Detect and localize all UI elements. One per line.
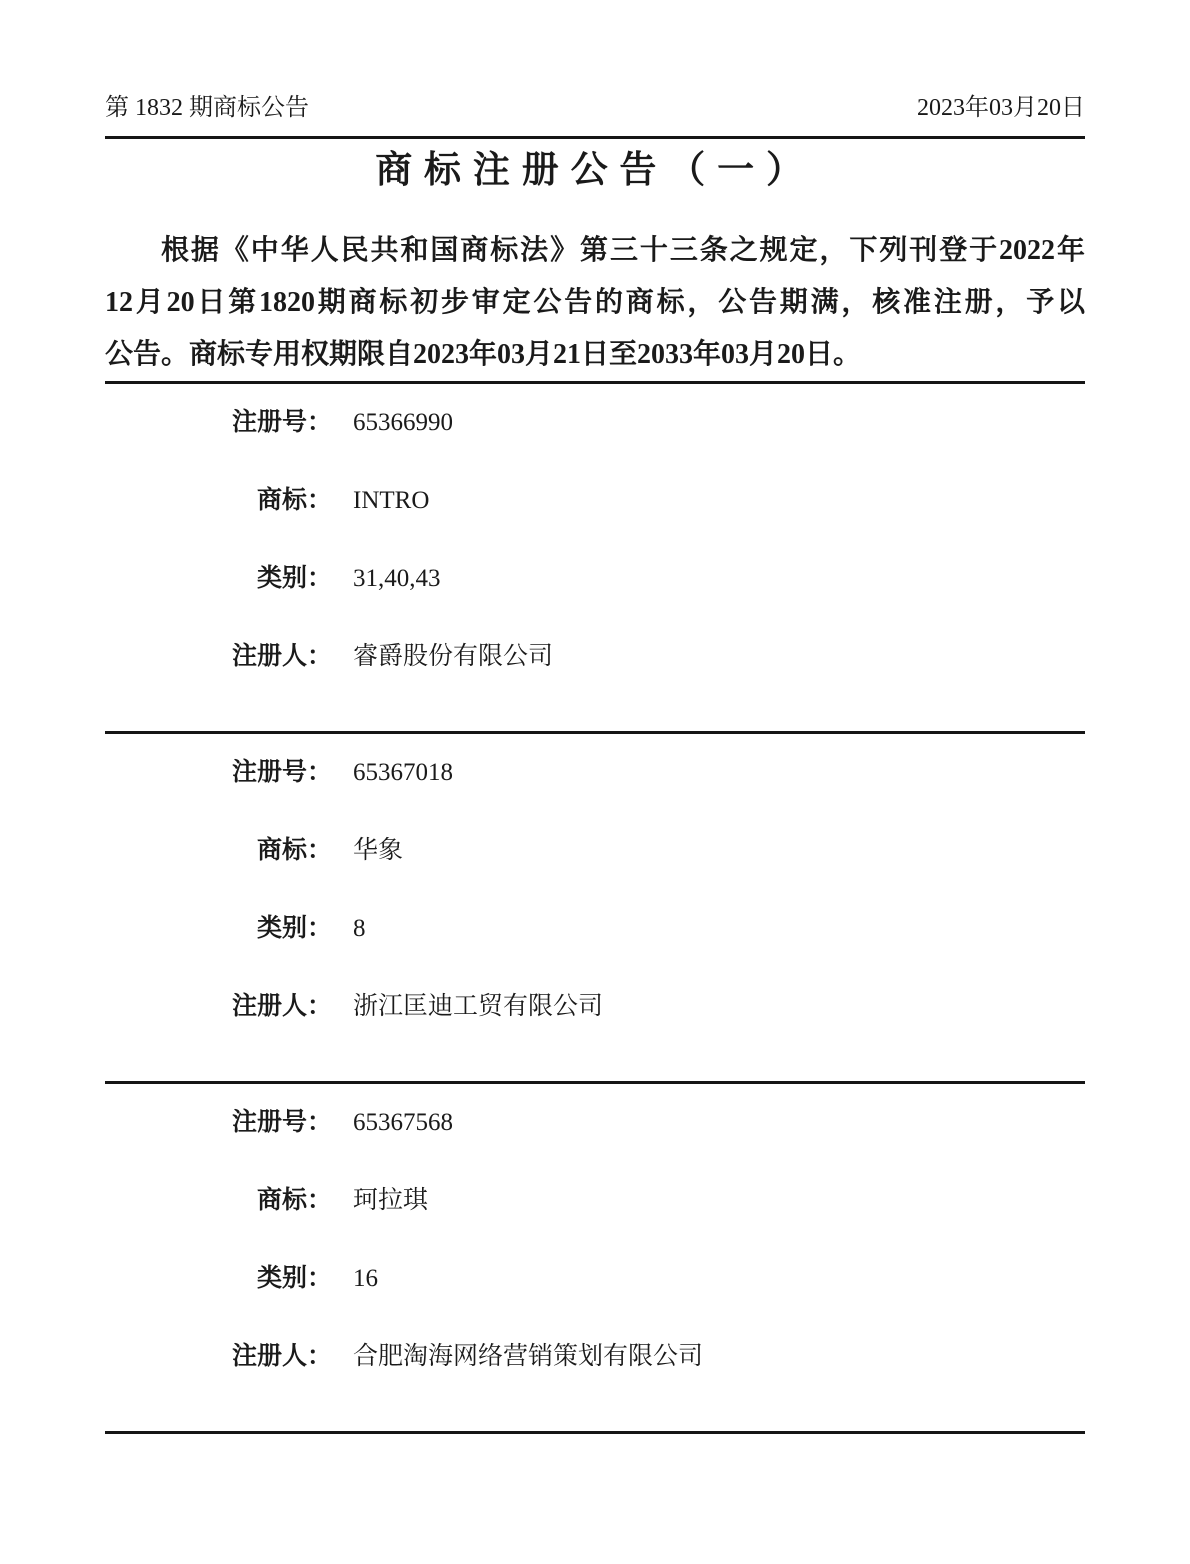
header-date: 2023年03月20日 <box>917 93 1085 123</box>
registrant-label: 注册人： <box>105 642 332 672</box>
registrant-value: 合肥淘海网络营销策划有限公司 <box>353 1342 703 1372</box>
class-value: 8 <box>353 914 366 944</box>
class-value: 16 <box>353 1264 378 1294</box>
class-value: 31,40,43 <box>353 564 441 594</box>
trademark-record: 注册号： 65367568 商标： 珂拉琪 类别： 16 注册人： 合肥淘海网络… <box>105 1081 1085 1431</box>
reg-no-value: 65367018 <box>353 758 453 788</box>
mark-label: 商标： <box>105 836 332 866</box>
record-row-registrant: 注册人： 睿爵股份有限公司 <box>105 642 1085 672</box>
record-row-reg-no: 注册号： 65366990 <box>105 408 1085 438</box>
reg-no-value: 65366990 <box>353 408 453 438</box>
record-row-mark: 商标： 华象 <box>105 836 1085 866</box>
mark-value: INTRO <box>353 486 429 516</box>
header-rule <box>105 136 1085 139</box>
record-row-registrant: 注册人： 合肥淘海网络营销策划有限公司 <box>105 1342 1085 1372</box>
bottom-rule <box>105 1431 1085 1434</box>
registrant-value: 浙江匡迪工贸有限公司 <box>353 992 603 1022</box>
reg-no-label: 注册号： <box>105 758 332 788</box>
reg-no-label: 注册号： <box>105 1108 332 1138</box>
trademark-record: 注册号： 65367018 商标： 华象 类别： 8 注册人： 浙江匡迪工贸有限… <box>105 731 1085 1081</box>
mark-value: 珂拉琪 <box>353 1186 428 1216</box>
reg-no-value: 65367568 <box>353 1108 453 1138</box>
mark-value: 华象 <box>353 836 403 866</box>
intro-line-3: 公告。商标专用权期限自2023年03月21日至2033年03月20日。 <box>105 329 1085 381</box>
page-title: 商标注册公告（一） <box>105 145 1085 197</box>
class-label: 类别： <box>105 1264 332 1294</box>
intro-line-1: 根据《中华人民共和国商标法》第三十三条之规定，下列刊登于2022年 <box>105 225 1085 277</box>
intro-line-2: 12月20日第1820期商标初步审定公告的商标，公告期满，核准注册，予以 <box>105 277 1085 329</box>
class-label: 类别： <box>105 564 332 594</box>
header-issue-number: 第 1832 期商标公告 <box>105 93 309 123</box>
registrant-label: 注册人： <box>105 1342 332 1372</box>
record-row-class: 类别： 8 <box>105 914 1085 944</box>
trademark-record: 注册号： 65366990 商标： INTRO 类别： 31,40,43 注册人… <box>105 381 1085 731</box>
record-row-class: 类别： 31,40,43 <box>105 564 1085 594</box>
intro-paragraph: 根据《中华人民共和国商标法》第三十三条之规定，下列刊登于2022年 12月20日… <box>105 225 1085 381</box>
record-row-reg-no: 注册号： 65367018 <box>105 758 1085 788</box>
record-row-reg-no: 注册号： 65367568 <box>105 1108 1085 1138</box>
reg-no-label: 注册号： <box>105 408 332 438</box>
page-header: 第 1832 期商标公告 2023年03月20日 <box>105 93 1085 123</box>
class-label: 类别： <box>105 914 332 944</box>
record-row-mark: 商标： 珂拉琪 <box>105 1186 1085 1216</box>
registrant-label: 注册人： <box>105 992 332 1022</box>
record-row-registrant: 注册人： 浙江匡迪工贸有限公司 <box>105 992 1085 1022</box>
gazette-page: 第 1832 期商标公告 2023年03月20日 商标注册公告（一） 根据《中华… <box>0 0 1190 1564</box>
registrant-value: 睿爵股份有限公司 <box>353 642 553 672</box>
record-row-class: 类别： 16 <box>105 1264 1085 1294</box>
mark-label: 商标： <box>105 1186 332 1216</box>
record-row-mark: 商标： INTRO <box>105 486 1085 516</box>
mark-label: 商标： <box>105 486 332 516</box>
